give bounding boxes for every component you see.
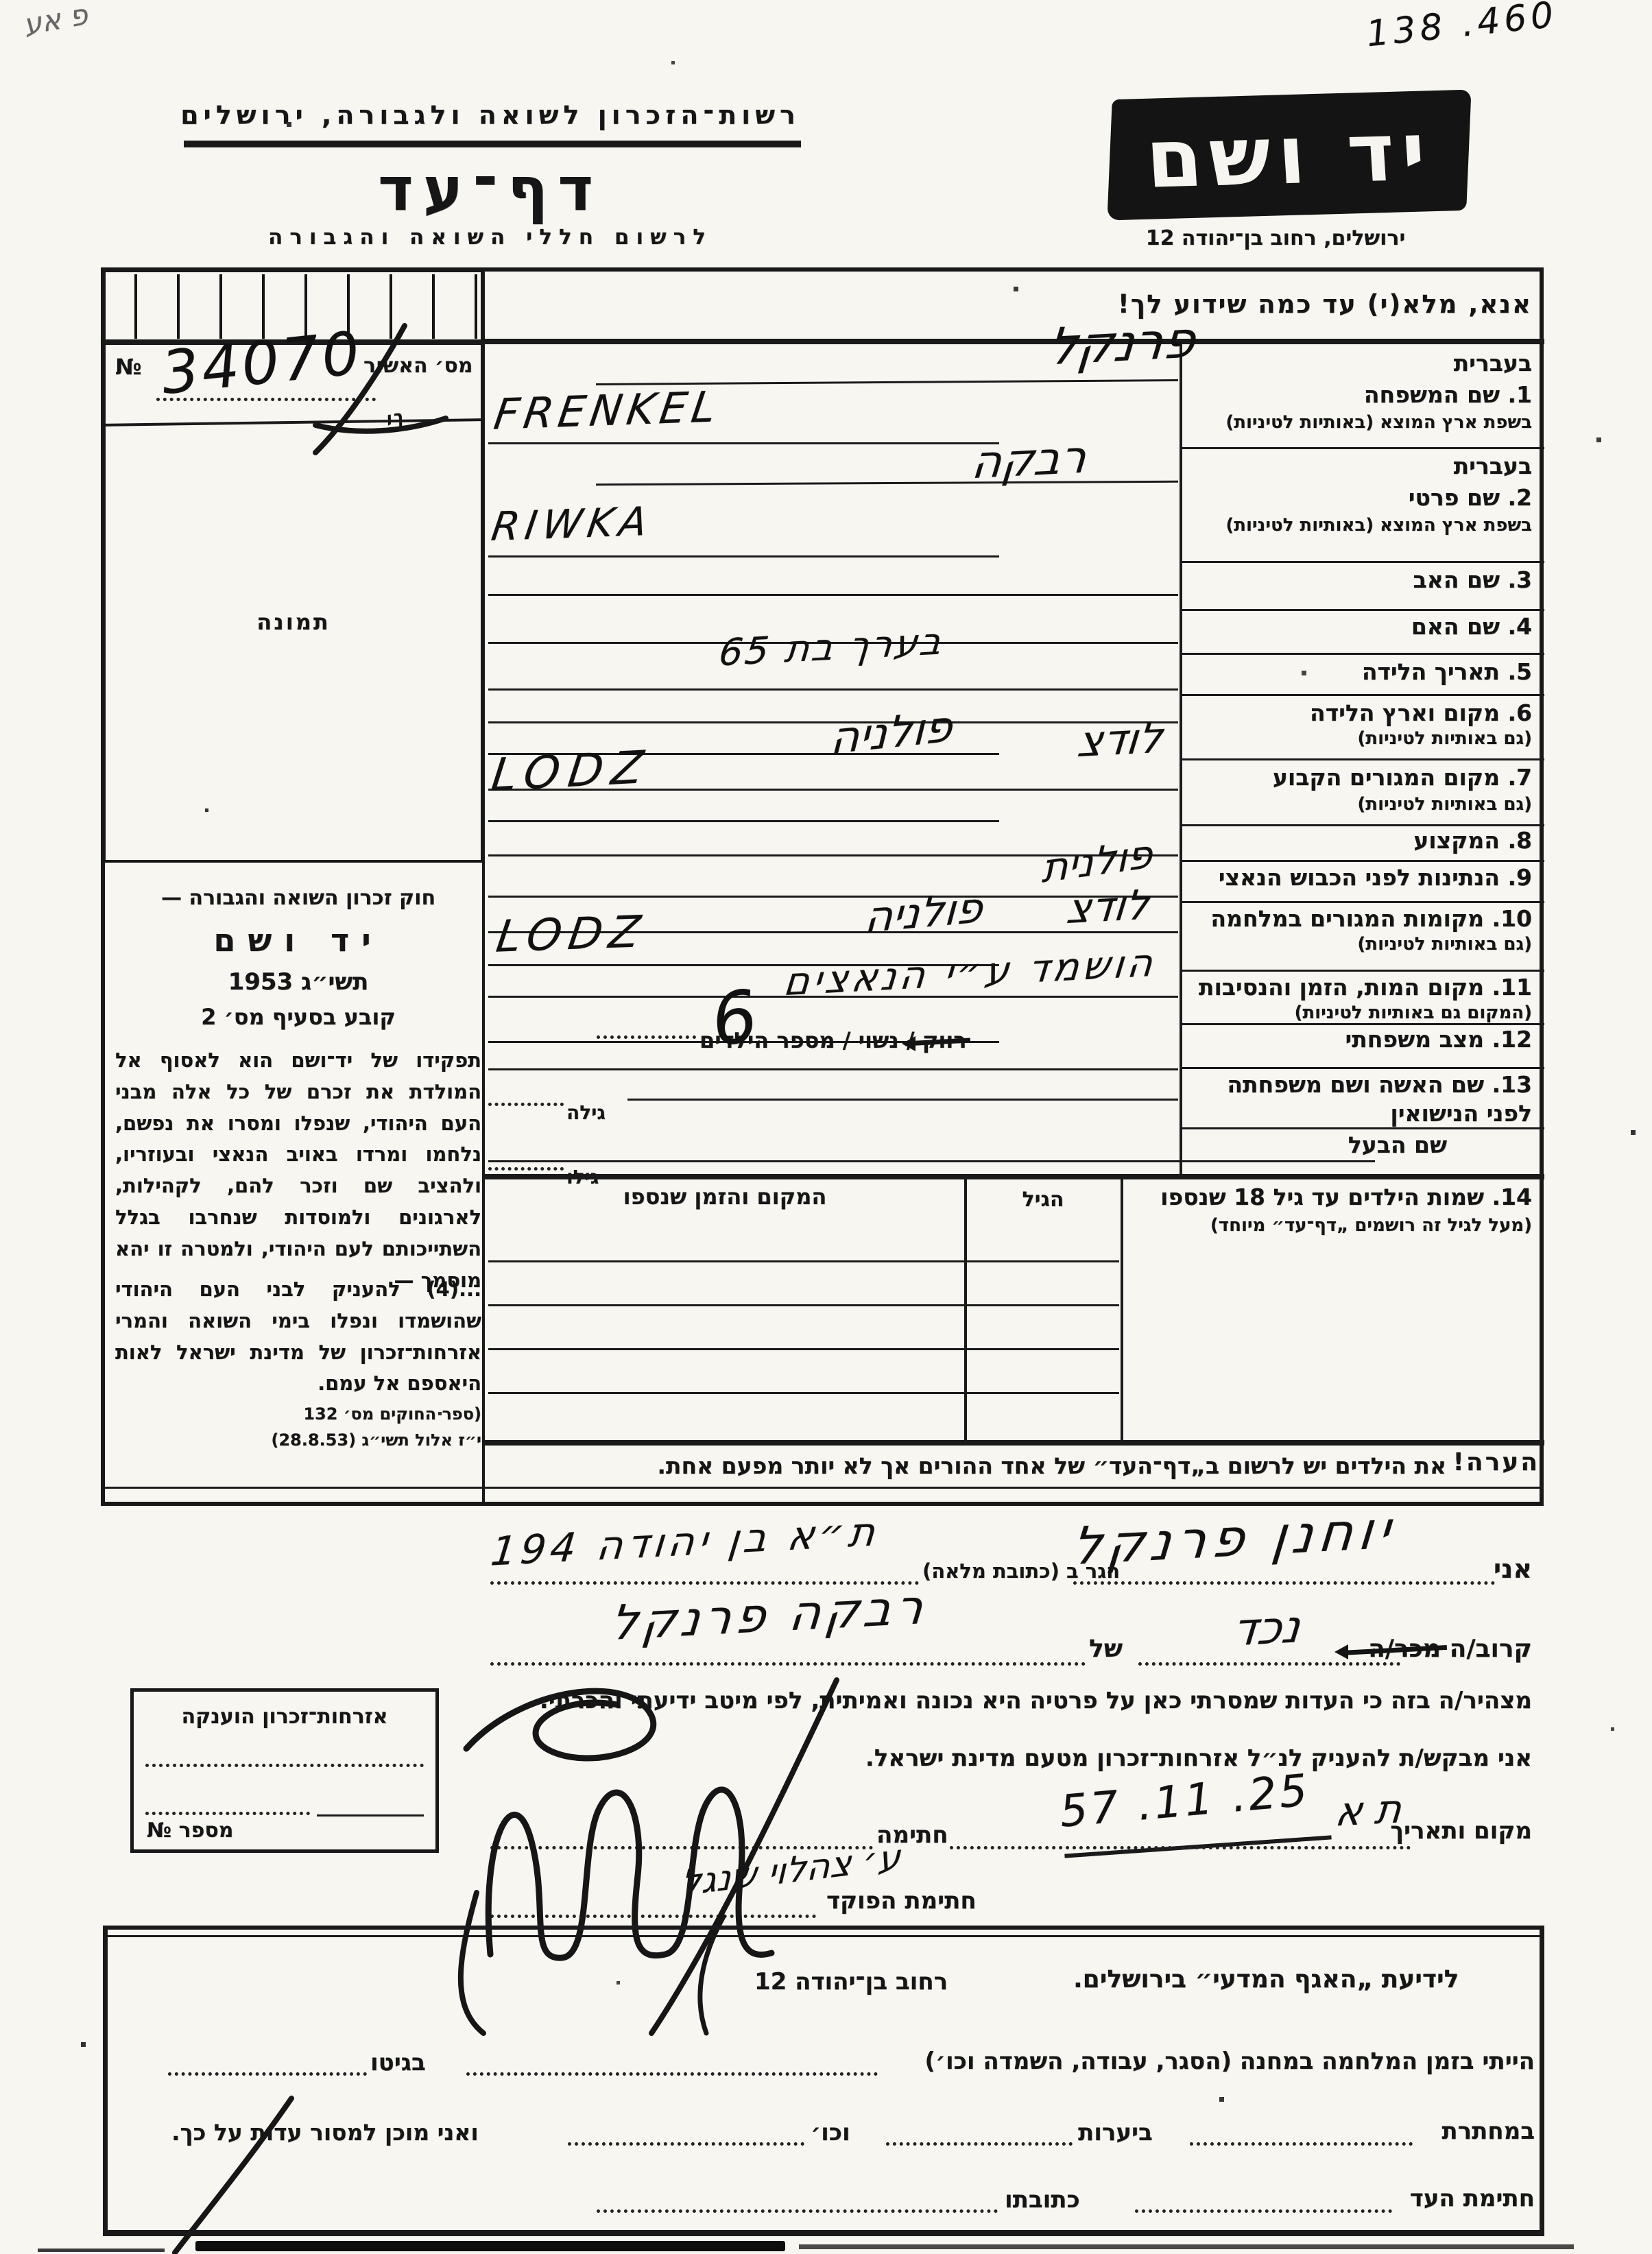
field5-number: 5. xyxy=(1507,658,1532,685)
field6-title: מקום וארץ הלידה xyxy=(1310,699,1500,726)
field12-title: מצב משפחתי xyxy=(1345,1026,1484,1053)
note-label: הערה! xyxy=(1452,1448,1540,1476)
field4-title: שם האם xyxy=(1411,613,1500,640)
hw-war-city-hebrew: לודצ xyxy=(1064,881,1151,933)
label-sep xyxy=(1180,824,1544,826)
table-top-line xyxy=(483,1174,1544,1179)
answer-line-7b xyxy=(488,820,999,822)
citizenship-request: אני מבקש/ת להעניק לנ״ל אזרחות־זכרון מטעם… xyxy=(865,1745,1532,1772)
field1-title: שם המשפחה xyxy=(1364,381,1500,408)
field3-number: 3. xyxy=(1507,566,1532,593)
law-source-2: י״ז אלול תשי״ג (28.8.53) xyxy=(115,1430,481,1450)
field5-label: 5. תאריך הלידה xyxy=(1362,658,1532,685)
field2-label: 2. שם פרטי xyxy=(1409,484,1532,511)
answer-line-13 xyxy=(627,1099,1178,1101)
hw-family-name-hebrew: פרנקל xyxy=(1046,311,1199,377)
field11-sub-label: (המקום גם באותיות לטיניות) xyxy=(1295,1003,1532,1023)
law-section: קובע בסעיף מס׳ 2 xyxy=(115,1004,481,1030)
hw-first-name-hebrew: רבקה xyxy=(969,431,1089,490)
label-sep xyxy=(1180,901,1544,903)
field10-number: 10. xyxy=(1492,905,1532,932)
hw-family-name-latin: FRENKEL xyxy=(491,381,724,439)
hw-residence-latin: LODZ xyxy=(488,741,654,802)
field2-title: שם פרטי xyxy=(1409,484,1500,511)
hw-relation: נכד xyxy=(1230,1600,1303,1657)
etc-label: וכו׳ xyxy=(811,2119,850,2146)
camp-dotted xyxy=(466,2072,878,2076)
field7-title: מקום המגורים הקבוע xyxy=(1273,764,1500,791)
law-paragraph-1: תפקידו של יד־ושם הוא לאסוף אל המולדת את … xyxy=(115,1045,481,1297)
label-column-divider xyxy=(1180,340,1182,1174)
label-sep xyxy=(1180,758,1544,760)
field6-label: 6. מקום וארץ הלידה xyxy=(1310,699,1532,726)
witness-signature-dotted xyxy=(1135,2209,1392,2213)
photo-placeholder-label: תמונה xyxy=(105,609,482,635)
label-sep xyxy=(1180,970,1544,972)
relative-label: קרוב/ה מכר/ה xyxy=(1368,1635,1532,1663)
citizenship-dotted-2 xyxy=(145,1812,310,1815)
citizenship-box-title: אזרחות־זכרון הוענקה xyxy=(134,1705,435,1729)
table-row-line xyxy=(488,1260,1119,1262)
label-sep xyxy=(1180,653,1544,655)
law-source-1: (ספר החוקים מס׳ 132 xyxy=(115,1404,481,1424)
hw-address: ת״א בן יהודה 194 xyxy=(488,1508,881,1574)
authority-title: רשות־הזכרון לשואה ולגבורה, ירושלים xyxy=(171,100,809,130)
table-place-header: המקום והזמן שנספו xyxy=(488,1184,961,1210)
underground-dotted xyxy=(1190,2142,1413,2146)
archive-number-note: 460. 138 xyxy=(1365,0,1559,55)
hw-place: ת א xyxy=(1333,1786,1404,1836)
field7-label: 7. מקום המגורים הקבוע xyxy=(1273,764,1532,791)
table-divider-age-left xyxy=(964,1174,967,1443)
field7-sub-label: (גם באותיות לטיניות) xyxy=(1357,794,1532,815)
place-date-label: מקום ותאריך xyxy=(1390,1817,1532,1845)
field14-title: שמות הילדים עד גיל 18 שנספו xyxy=(1160,1184,1484,1210)
field13-label: 13. שם האשה ושם משפחתה xyxy=(1227,1071,1532,1098)
label-sep xyxy=(1180,609,1544,611)
relative-word: קרוב/ה xyxy=(1450,1635,1532,1663)
bottom-title-address: רחוב בן־יהודה 12 xyxy=(754,1968,948,1995)
ghetto-dotted xyxy=(168,2072,367,2076)
bottom-title: לידיעת „האגף המדעי״ בירושלים. xyxy=(1073,1965,1459,1993)
numero-sign-2: № xyxy=(147,1819,171,1843)
field8-label: 8. המקצוע xyxy=(1413,827,1532,854)
table-row-line xyxy=(488,1304,1119,1306)
bottom-box-top-line1 xyxy=(103,1926,1544,1930)
law-year: תשי״ג 1953 xyxy=(115,968,481,996)
prompt-underline xyxy=(483,339,1544,344)
answer-line-5 xyxy=(488,688,1178,691)
citizenship-dotted-1 xyxy=(145,1764,424,1767)
form-title: דף־עד xyxy=(171,154,809,224)
law-paragraph-2: ...(4) להעניק לבני העם היהודי שהושמדו ונ… xyxy=(115,1274,481,1400)
scan-edge-bar-3 xyxy=(38,2249,165,2252)
field1-number: 1. xyxy=(1507,381,1532,408)
table-row-line xyxy=(488,1348,1119,1350)
hw-first-name-latin: RIWKA xyxy=(489,498,656,550)
law-heading: חוק זכרון השואה והגבורה — xyxy=(115,886,481,910)
answer-line-12 xyxy=(488,1068,1178,1070)
field12-number: 12. xyxy=(1492,1026,1532,1053)
table-bottom-line xyxy=(483,1440,1544,1446)
scanned-testimony-page: פ אע 460. 138 רשות־הזכרון לשואה ולגבורה,… xyxy=(0,0,1652,2254)
field9-title: הנתינות לפני הכבוש הנאצי xyxy=(1219,864,1500,891)
field2-number: 2. xyxy=(1507,484,1532,511)
witness-address-dotted xyxy=(597,2209,998,2213)
field2-sub-label: בשפת ארץ המוצא (באותיות לטיניות) xyxy=(1225,515,1532,536)
field10-sub-label: (גם באותיות לטיניות) xyxy=(1357,934,1532,955)
note-text: את הילדים יש לרשום ב„דף־העד״ של אחד ההור… xyxy=(657,1452,1446,1479)
ghetto-label: בגיטו xyxy=(370,2049,426,2076)
scan-edge-bar-1 xyxy=(195,2241,785,2251)
logo-address: ירושלים, רחוב בן־יהודה 12 xyxy=(1070,226,1481,250)
hw-date: 25. 11. 57 xyxy=(1057,1765,1312,1838)
hw-residence-city-hebrew: לודצ xyxy=(1075,712,1165,767)
number-word: מספר xyxy=(179,1819,234,1843)
declarant-i-label: אני xyxy=(1494,1554,1532,1584)
field7-number: 7. xyxy=(1507,764,1532,791)
field3-label: 3. שם האב xyxy=(1413,566,1532,593)
hw-war-latin: LODZ xyxy=(493,907,650,963)
field4-label: 4. שם האם xyxy=(1411,613,1532,640)
box-bottom-thin-line xyxy=(103,1487,1543,1489)
field4-number: 4. xyxy=(1507,613,1532,640)
answer-line-husband xyxy=(488,1160,1375,1162)
witness-address-label: כתובתו xyxy=(1005,2186,1080,2214)
field6-number: 6. xyxy=(1507,699,1532,726)
wife-age-dotted xyxy=(488,1103,564,1106)
field13-title: שם האשה ושם משפחתה xyxy=(1227,1071,1484,1098)
label-sep xyxy=(1180,1127,1544,1129)
forests-dotted xyxy=(886,2142,1073,2146)
field3-title: שם האב xyxy=(1413,566,1500,593)
of-dotted xyxy=(490,1662,1086,1666)
place-date-dotted xyxy=(950,1846,1411,1849)
husband-age-dotted xyxy=(488,1167,564,1171)
hw-deceased-name: רבקה פרנקל xyxy=(608,1579,930,1651)
field11-number: 11. xyxy=(1492,974,1532,1000)
field13-label-line2: לפני הנישואין xyxy=(1390,1100,1532,1127)
label-sep xyxy=(1180,860,1544,862)
scan-specks xyxy=(0,0,2,2)
husband-label: שם הבעל xyxy=(1348,1131,1447,1158)
label-sep xyxy=(1180,694,1544,696)
field12-label: 12. מצב משפחתי xyxy=(1345,1026,1532,1053)
forests-label: ביערות xyxy=(1078,2119,1153,2146)
label-sep xyxy=(1180,1023,1544,1025)
acquaintance-word-struck: מכר/ה xyxy=(1368,1635,1441,1663)
answer-line-2-latin xyxy=(488,555,999,557)
field10-label: 10. מקומות המגורים במלחמה xyxy=(1210,905,1532,932)
bottom-box-left-border xyxy=(103,1926,108,2235)
header-rule xyxy=(184,141,801,147)
label-sep xyxy=(1180,561,1544,563)
answer-line-3 xyxy=(488,594,1178,596)
yad-vashem-logo: יד ושם xyxy=(1107,90,1471,221)
field8-title: המקצוע xyxy=(1413,827,1500,854)
of-label: של xyxy=(1089,1635,1123,1663)
field6-sub-label: (גם באותיות לטיניות) xyxy=(1357,728,1532,749)
field13-number: 13. xyxy=(1492,1071,1532,1098)
field11-label: 11. מקום המות, הזמן והנסיבות xyxy=(1199,974,1532,1000)
field14-sub-label: (מעל לגיל זה רושמים „דף־עד״ מיוחד) xyxy=(1210,1215,1532,1236)
citizenship-number-label: מספר № xyxy=(147,1819,233,1843)
camp-line-label: הייתי בזמן המלחמה במחנה (הסגר, עבודה, הש… xyxy=(924,2048,1535,2075)
law-yad-vashem: יד ושם xyxy=(115,922,481,959)
field5-title: תאריך הלידה xyxy=(1362,658,1500,685)
table-age-header: הגיל xyxy=(967,1188,1119,1212)
scan-edge-bar-2 xyxy=(799,2244,1574,2249)
field2-pre-label: בעברית xyxy=(1454,453,1532,479)
bottom-box-right-border xyxy=(1540,1926,1544,2235)
table-row-line xyxy=(488,1392,1119,1394)
field8-number: 8. xyxy=(1507,827,1532,854)
relation-dotted xyxy=(1138,1662,1400,1666)
label-sep xyxy=(1180,1067,1544,1069)
wife-age-label: גילה xyxy=(566,1101,606,1124)
numero-sign: № xyxy=(115,354,142,380)
field1-label: 1. שם המשפחה xyxy=(1364,381,1532,408)
field9-label: 9. הנתינות לפני הכבוש הנאצי xyxy=(1219,864,1532,891)
official-signature-tail xyxy=(675,1913,737,2037)
field1-sub-label: בשפת ארץ המוצא (באותיות לטיניות) xyxy=(1225,412,1532,433)
witness-signature-label: חתימת העד xyxy=(1410,2185,1535,2212)
field10-title: מקומות המגורים במלחמה xyxy=(1210,905,1484,932)
declarant-name-dotted xyxy=(1073,1581,1495,1585)
etc-dotted xyxy=(568,2142,804,2146)
residing-label: הגר ב (כתובת מלאה) xyxy=(922,1559,1120,1583)
form-subtitle: לרשום חללי השואה והגבורה xyxy=(171,225,809,250)
answer-line-1-latin xyxy=(488,442,999,444)
ready-to-testify-label: ואני מוכן למסור עדות על כך. xyxy=(171,2119,479,2146)
underground-label: במחתרת xyxy=(1441,2118,1535,2145)
citizenship-short-line xyxy=(317,1814,424,1817)
field14-number: 14. xyxy=(1492,1184,1532,1210)
table-divider-age-right xyxy=(1121,1174,1123,1443)
yad-vashem-logo-text: יד ושם xyxy=(1143,104,1435,206)
field1-pre-label: בעברית xyxy=(1454,350,1532,376)
pencil-note-top-left: פ אע xyxy=(21,0,90,42)
approval-dotted-line xyxy=(156,398,376,401)
children-count-dotted xyxy=(597,1035,696,1039)
bottom-box-top-line2 xyxy=(103,1935,1544,1937)
field14-label: 14. שמות הילדים עד גיל 18 שנספו xyxy=(1160,1184,1532,1210)
approval-slash-stroke xyxy=(302,322,453,459)
field11-title: מקום המות, הזמן והנסיבות xyxy=(1199,974,1484,1000)
field9-number: 9. xyxy=(1507,864,1532,891)
label-sep xyxy=(1180,447,1544,449)
hw-war-country-hebrew: פולניה xyxy=(863,883,985,943)
bottom-box-bottom-line xyxy=(103,2230,1544,2236)
option-single-struck: רווק xyxy=(922,1027,967,1053)
